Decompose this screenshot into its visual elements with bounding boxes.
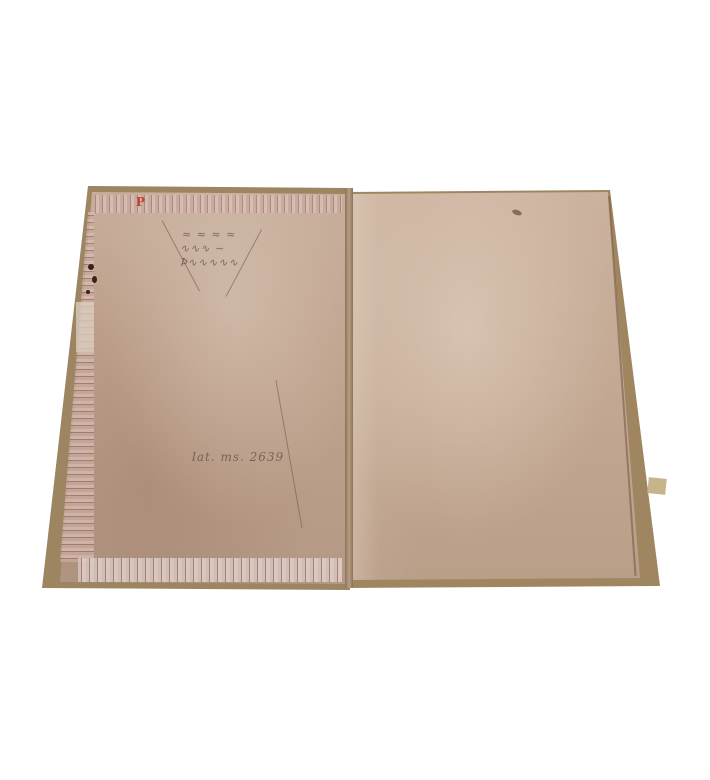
reused-manuscript-strip-bottom: [78, 558, 342, 582]
shelfmark-note: lat. ms. 2639: [192, 450, 284, 464]
paper-patch: [76, 302, 94, 352]
red-ink-mark: P: [136, 195, 145, 209]
clasp-tab: [647, 477, 667, 495]
pencil-note-line: Ꝥ∿∿∿∿∿: [180, 256, 239, 269]
pencil-note-line: ≈ ≈ ≈ ≈: [182, 228, 236, 241]
right-blank-page: [350, 192, 640, 580]
pencil-note-line: ∿∿∿ ∼: [180, 242, 225, 255]
wormhole-stain: [92, 276, 97, 283]
book-gutter: [345, 188, 353, 588]
wormhole-stain: [88, 264, 94, 270]
wormhole-stain: [86, 290, 90, 294]
reused-manuscript-strip-top: [92, 195, 342, 213]
manuscript-photo: P ≈ ≈ ≈ ≈ ∿∿∿ ∼ Ꝥ∿∿∿∿∿ lat. ms. 2639: [0, 0, 710, 780]
